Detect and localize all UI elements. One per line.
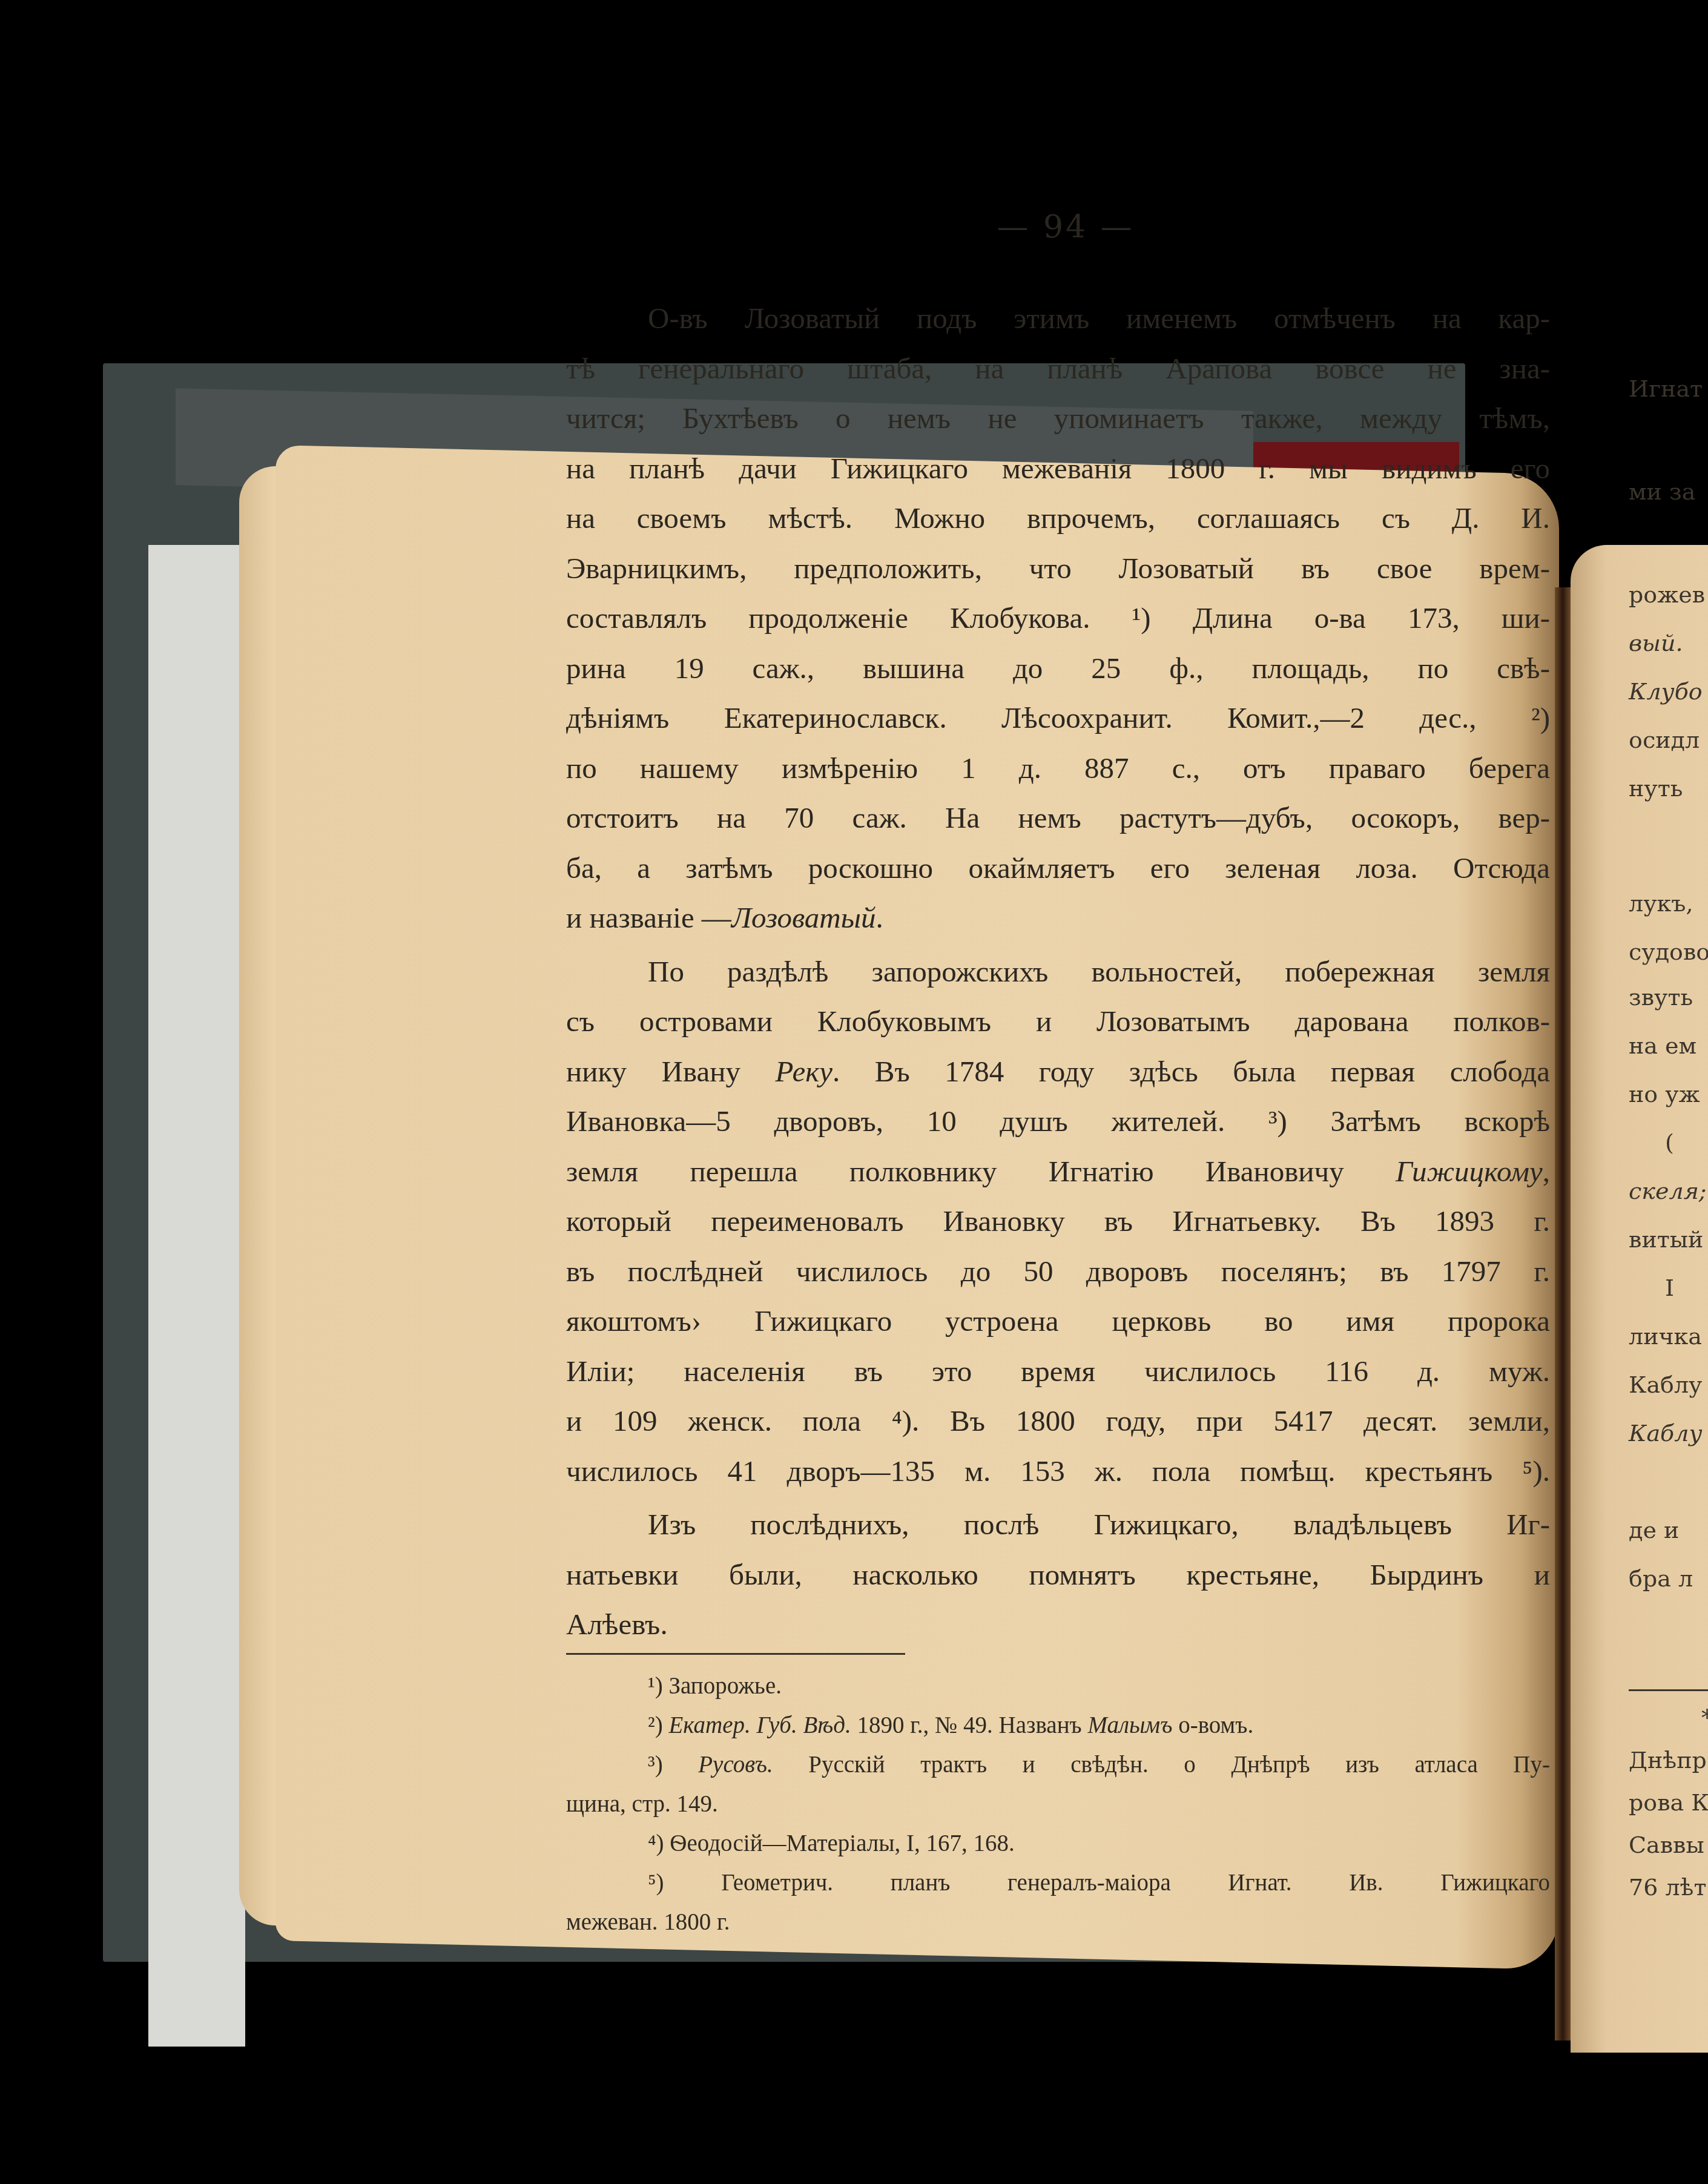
- footnote: ²) Екатер. Губ. Вѣд. 1890 г., № 49. Назв…: [566, 1706, 1550, 1745]
- text-line: на планѣ дачи Гижицкаго межеванія 1800 г…: [566, 444, 1550, 494]
- footnote-separator: [566, 1653, 905, 1655]
- text-line: рина 19 саж., вышина до 25 ф., площадь, …: [566, 644, 1550, 694]
- text-line: съ островами Клобуковымъ и Лозоватымъ да…: [566, 997, 1550, 1047]
- footnote: ³) Русовъ. Русскій трактъ и свѣдѣн. о Дн…: [566, 1745, 1550, 1784]
- footnote: межеван. 1800 г.: [566, 1902, 1550, 1942]
- right-page-fragment: Каблу: [1629, 1371, 1708, 1398]
- body-text: О-въ Лозоватый подъ этимъ именемъ отмѣче…: [566, 294, 1550, 1650]
- right-page-fragment: но уж: [1629, 1081, 1708, 1107]
- right-page-fragment: I: [1665, 1275, 1708, 1301]
- right-page-fragment: рова К: [1629, 1789, 1708, 1816]
- footnote: ¹) Запорожье.: [566, 1666, 1550, 1706]
- right-page-fragment: скеля;: [1629, 1178, 1708, 1204]
- right-page-fragment: рожев: [1629, 581, 1708, 608]
- text-line: натьевки были, насколько помнятъ крестья…: [566, 1550, 1550, 1600]
- text-line: Ивановка—5 дворовъ, 10 душъ жителей. ³) …: [566, 1097, 1550, 1147]
- right-page-fragment: судово: [1629, 939, 1708, 965]
- text-line: Иліи; населенія въ это время числилось 1…: [566, 1347, 1550, 1397]
- text-line: въ послѣдней числилось до 50 дворовъ пос…: [566, 1247, 1550, 1297]
- text-line: По раздѣлѣ запорожскихъ вольностей, побе…: [566, 947, 1550, 997]
- footnote: ⁴) Ѳеодосій—Матеріалы, I, 167, 168.: [566, 1824, 1550, 1863]
- text-line: земля перешла полковнику Игнатію Иванови…: [566, 1147, 1550, 1197]
- text-line: числилось 41 дворъ—135 м. 153 ж. пола по…: [566, 1447, 1550, 1497]
- right-page-fragment: 76 лѣт: [1629, 1874, 1708, 1901]
- footnote: щина, стр. 149.: [566, 1784, 1550, 1824]
- text-line: тѣ генеральнаго штаба, на планѣ Арапова …: [566, 344, 1550, 394]
- text-line: составлялъ продолженіе Клобукова. ¹) Дли…: [566, 593, 1550, 644]
- right-page-fragment: лукъ,: [1629, 890, 1708, 917]
- right-page-fragment: ми за: [1629, 478, 1708, 505]
- right-page-fragment: бра л: [1629, 1565, 1708, 1592]
- text-line: по нашему измѣренію 1 д. 887 с., отъ пра…: [566, 744, 1550, 794]
- right-page-fragment: Днѣпр: [1629, 1747, 1708, 1773]
- right-page-fragment: Каблу: [1629, 1420, 1708, 1447]
- text-line: дѣніямъ Екатеринославск. Лѣсоохранит. Ко…: [566, 693, 1550, 744]
- right-page-fragment: на ем: [1629, 1032, 1708, 1059]
- footnotes: ¹) Запорожье.²) Екатер. Губ. Вѣд. 1890 г…: [566, 1666, 1550, 1942]
- right-page-fragment: звуть: [1629, 984, 1708, 1011]
- right-page-fragment: (: [1665, 1129, 1708, 1156]
- right-page-fragment: вый.: [1629, 630, 1708, 656]
- text-line: и 109 женск. пола ⁴). Въ 1800 году, при …: [566, 1396, 1550, 1447]
- text-line: на своемъ мѣстѣ. Можно впрочемъ, соглаша…: [566, 493, 1550, 544]
- right-page-fragment: личка: [1629, 1323, 1708, 1350]
- text-line: якоштомъ› Гижицкаго устроена церковь во …: [566, 1296, 1550, 1347]
- text-line: Эварницкимъ, предположить, что Лозоватый…: [566, 544, 1550, 594]
- text-line: ба, а затѣмъ роскошно окаймляетъ его зел…: [566, 843, 1550, 894]
- text-line: чится; Бухтѣевъ о немъ не упоминаетъ так…: [566, 394, 1550, 444]
- right-page-fragment: осидл: [1629, 727, 1708, 753]
- right-page-fragment: Игнат: [1629, 375, 1708, 402]
- right-page-fragment: нуть: [1629, 775, 1708, 802]
- right-page-fragment: Саввы: [1629, 1832, 1708, 1858]
- right-page-footnote-rule: [1629, 1689, 1708, 1691]
- text-layer: — 94 — О-въ Лозоватый подъ этимъ именемъ…: [0, 0, 1708, 2184]
- text-line: отстоитъ на 70 саж. На немъ растутъ—дубъ…: [566, 793, 1550, 843]
- text-line: Изъ послѣднихъ, послѣ Гижицкаго, владѣль…: [566, 1500, 1550, 1550]
- text-line: который переименовалъ Ивановку въ Игнать…: [566, 1196, 1550, 1247]
- footnote: ⁵) Геометрич. планъ генералъ-маіора Игна…: [566, 1863, 1550, 1902]
- text-line: Алѣевъ.: [566, 1600, 1550, 1650]
- text-line: О-въ Лозоватый подъ этимъ именемъ отмѣче…: [566, 294, 1550, 344]
- right-page-fragment: *: [1701, 1704, 1708, 1731]
- right-page-fragment: витый: [1629, 1226, 1708, 1253]
- text-line: и названіе —Лозоватый.: [566, 893, 1550, 943]
- page-number: — 94 —: [975, 209, 1156, 245]
- right-page-fragment: Клубо: [1629, 678, 1708, 705]
- text-line: нику Ивану Реку. Въ 1784 году здѣсь была…: [566, 1047, 1550, 1097]
- right-page-fragment: де и: [1629, 1517, 1708, 1543]
